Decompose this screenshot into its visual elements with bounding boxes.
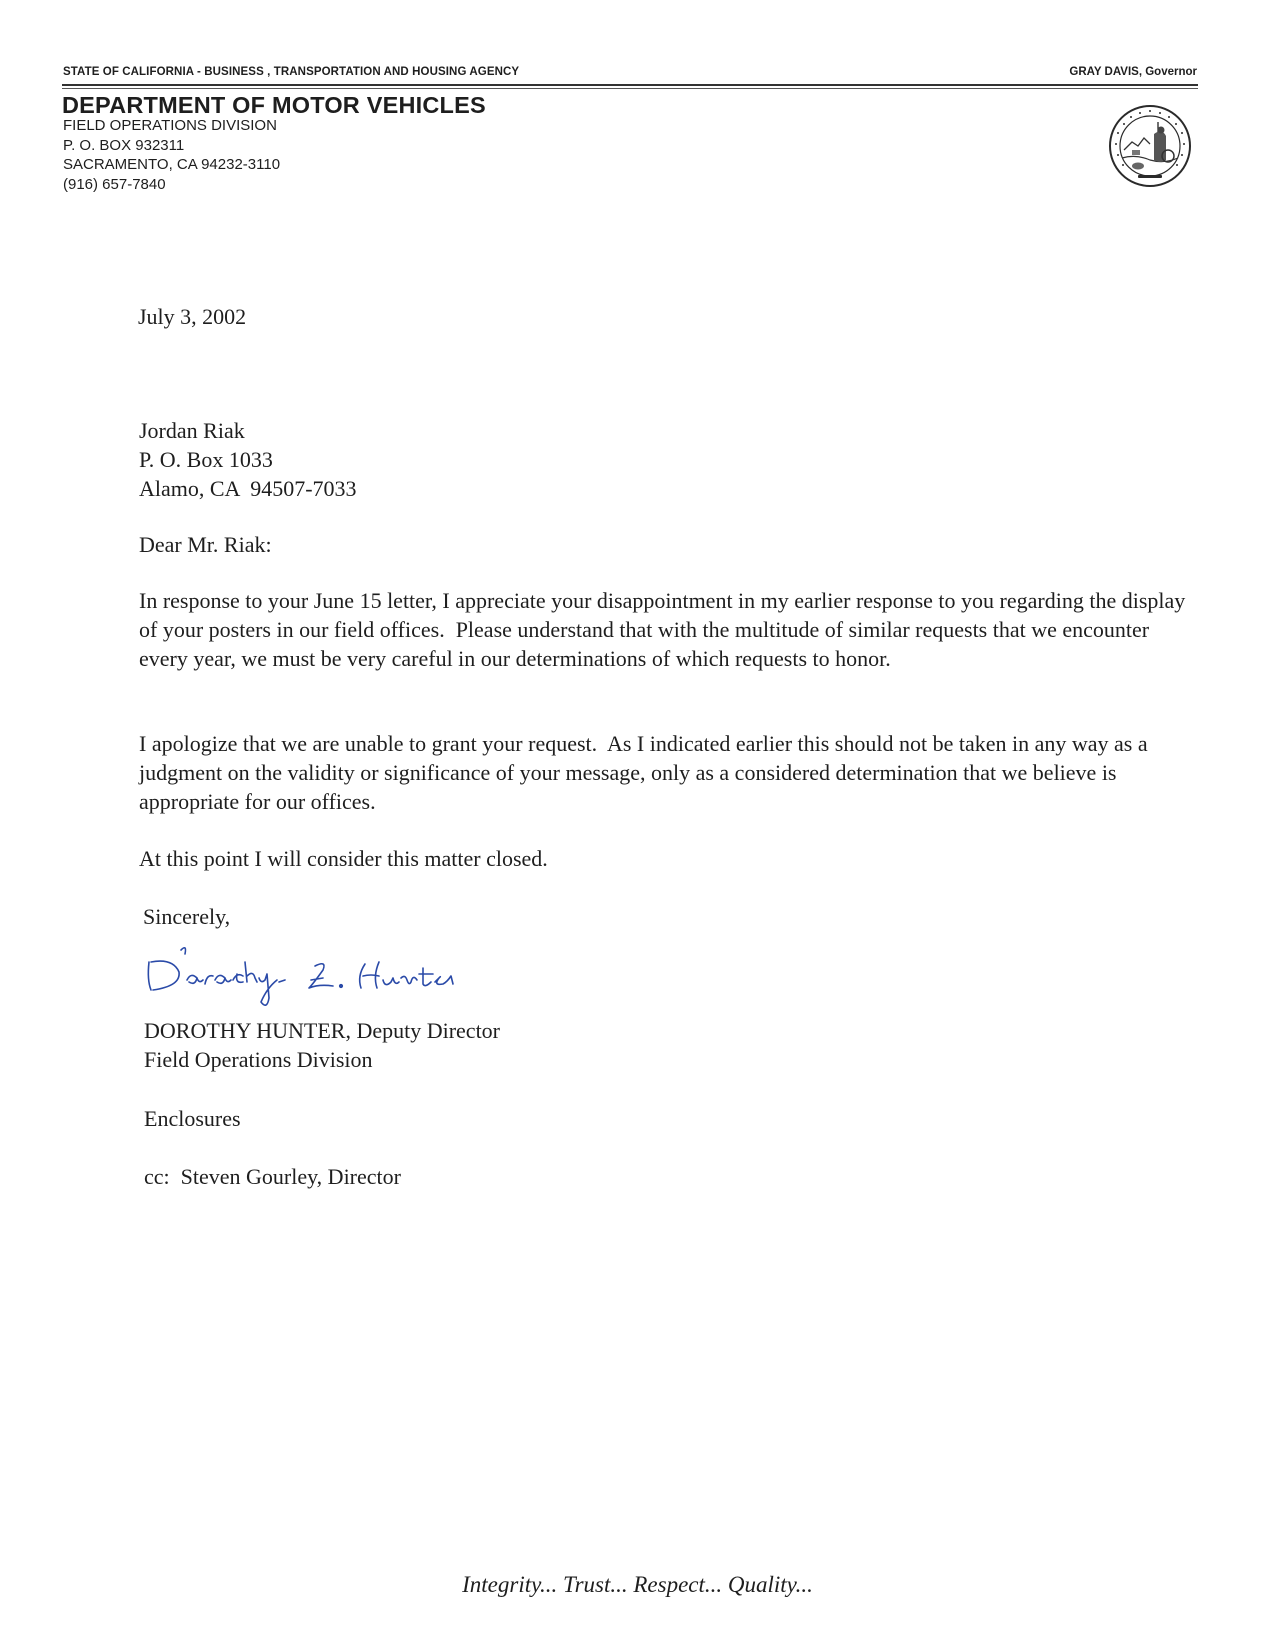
department-title: DEPARTMENT OF MOTOR VEHICLES xyxy=(62,92,486,118)
agency-line: STATE OF CALIFORNIA - BUSINESS , TRANSPO… xyxy=(63,66,519,78)
salutation: Dear Mr. Riak: xyxy=(139,530,272,559)
signer-name-title: DOROTHY HUNTER, Deputy Director xyxy=(144,1016,500,1045)
body-paragraph: At this point I will consider this matte… xyxy=(139,844,1189,873)
signer-division: Field Operations Division xyxy=(144,1045,500,1074)
department-address-block: FIELD OPERATIONS DIVISION P. O. BOX 9323… xyxy=(63,116,280,194)
recipient-address-block: Jordan Riak P. O. Box 1033 Alamo, CA 945… xyxy=(139,416,357,503)
recipient-address-line1: P. O. Box 1033 xyxy=(139,445,357,474)
closing: Sincerely, xyxy=(143,902,230,931)
cc-line: cc: Steven Gourley, Director xyxy=(144,1162,401,1191)
governor-line: GRAY DAVIS, Governor xyxy=(1069,66,1197,78)
handwritten-signature-icon xyxy=(143,940,483,1010)
letterhead-rule xyxy=(62,84,1198,86)
division-name: FIELD OPERATIONS DIVISION xyxy=(63,116,280,136)
california-state-seal-icon xyxy=(1108,104,1192,188)
letterhead-rule xyxy=(62,88,1198,89)
footer-motto: Integrity... Trust... Respect... Quality… xyxy=(0,1572,1275,1598)
recipient-name: Jordan Riak xyxy=(139,416,357,445)
enclosures-note: Enclosures xyxy=(144,1104,241,1133)
recipient-address-line2: Alamo, CA 94507-7033 xyxy=(139,474,357,503)
po-box: P. O. BOX 932311 xyxy=(63,136,280,156)
city-state-zip: SACRAMENTO, CA 94232-3110 xyxy=(63,155,280,175)
body-paragraph: In response to your June 15 letter, I ap… xyxy=(139,586,1189,673)
signer-block: DOROTHY HUNTER, Deputy Director Field Op… xyxy=(144,1016,500,1074)
phone-number: (916) 657-7840 xyxy=(63,175,280,195)
letter-date: July 3, 2002 xyxy=(138,302,246,331)
body-paragraph: I apologize that we are unable to grant … xyxy=(139,729,1189,816)
